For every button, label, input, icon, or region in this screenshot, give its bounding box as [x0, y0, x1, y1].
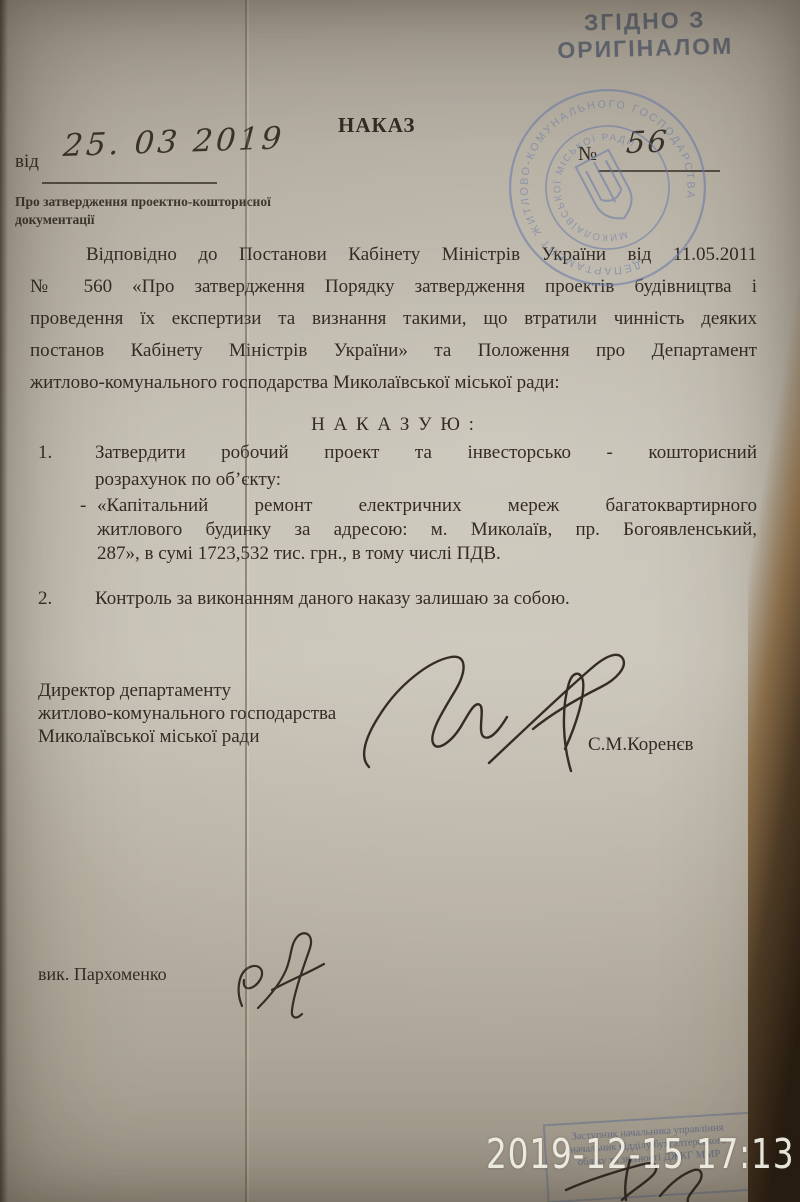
subject-block: Про затвердження проектно-кошторисної до… — [15, 193, 345, 229]
round-official-seal: ДЕПАРТАМЕНТ ЖИТЛОВО-КОМУНАЛЬНОГО ГОСПОДА… — [505, 85, 710, 290]
desk-background-edge — [748, 0, 800, 1202]
signer-title-line: Миколаївської міської ради — [38, 725, 260, 749]
signer-title-line: Директор департаменту — [38, 679, 231, 703]
item2-number: 2. — [38, 587, 52, 611]
order-heading: Н А К А З У Ю : — [30, 413, 757, 437]
item1-number: 1. — [38, 441, 52, 465]
trident-icon — [576, 150, 640, 227]
subitem-line: житлового будинку за адресою: м. Миколаї… — [97, 518, 757, 542]
handwritten-date: 25. 03 2019 — [62, 120, 286, 164]
document-title: НАКАЗ — [338, 113, 415, 138]
certified-copy-stamp-line2: ОРИГІНАЛОМ — [545, 32, 746, 64]
seal-inner-text: МИКОЛАЇВСЬКОЇ МІСЬКОЇ РАДИ — [533, 116, 676, 262]
subitem-dash: - — [80, 494, 86, 518]
document-photo: ЗГІДНО З ОРИГІНАЛОМ ДЕПАРТАМЕНТ ЖИТЛОВО-… — [0, 0, 800, 1202]
camera-timestamp: 2019-12-15 17:13 — [486, 1130, 794, 1178]
subitem-line: 287», в сумі 1723,532 тис. грн., в тому … — [97, 542, 501, 566]
preamble-line: житлово-комунального господарства Микола… — [30, 371, 757, 395]
executor-label: вик. Пархоменко — [38, 962, 167, 986]
photo-left-edge — [0, 0, 8, 1202]
signer-title-line: житлово-комунального господарства — [38, 702, 336, 726]
date-label: від — [15, 150, 39, 174]
paper-crease-highlight — [247, 0, 249, 1202]
director-signature — [355, 645, 645, 775]
subitem-line: «Капітальний ремонт електричних мереж ба… — [97, 494, 757, 518]
preamble-line: проведення їх експертизи та визнання так… — [30, 307, 757, 331]
subject-line1: Про затвердження проектно-кошторисної — [15, 193, 345, 211]
preamble-line: постанов Кабінету Міністрів України» та … — [30, 339, 757, 363]
svg-text:МИКОЛАЇВСЬКОЇ МІСЬКОЇ РАДИ: МИКОЛАЇВСЬКОЇ МІСЬКОЇ РАДИ — [533, 116, 676, 262]
item2-text: Контроль за виконанням даного наказу зал… — [95, 587, 570, 611]
subject-line2: документації — [15, 211, 345, 229]
item1-line: розрахунок по об’єкту: — [95, 468, 281, 492]
certified-copy-stamp: ЗГІДНО З ОРИГІНАЛОМ — [544, 5, 745, 64]
item1-line: Затвердити робочий проект та інвесторськ… — [95, 441, 757, 465]
